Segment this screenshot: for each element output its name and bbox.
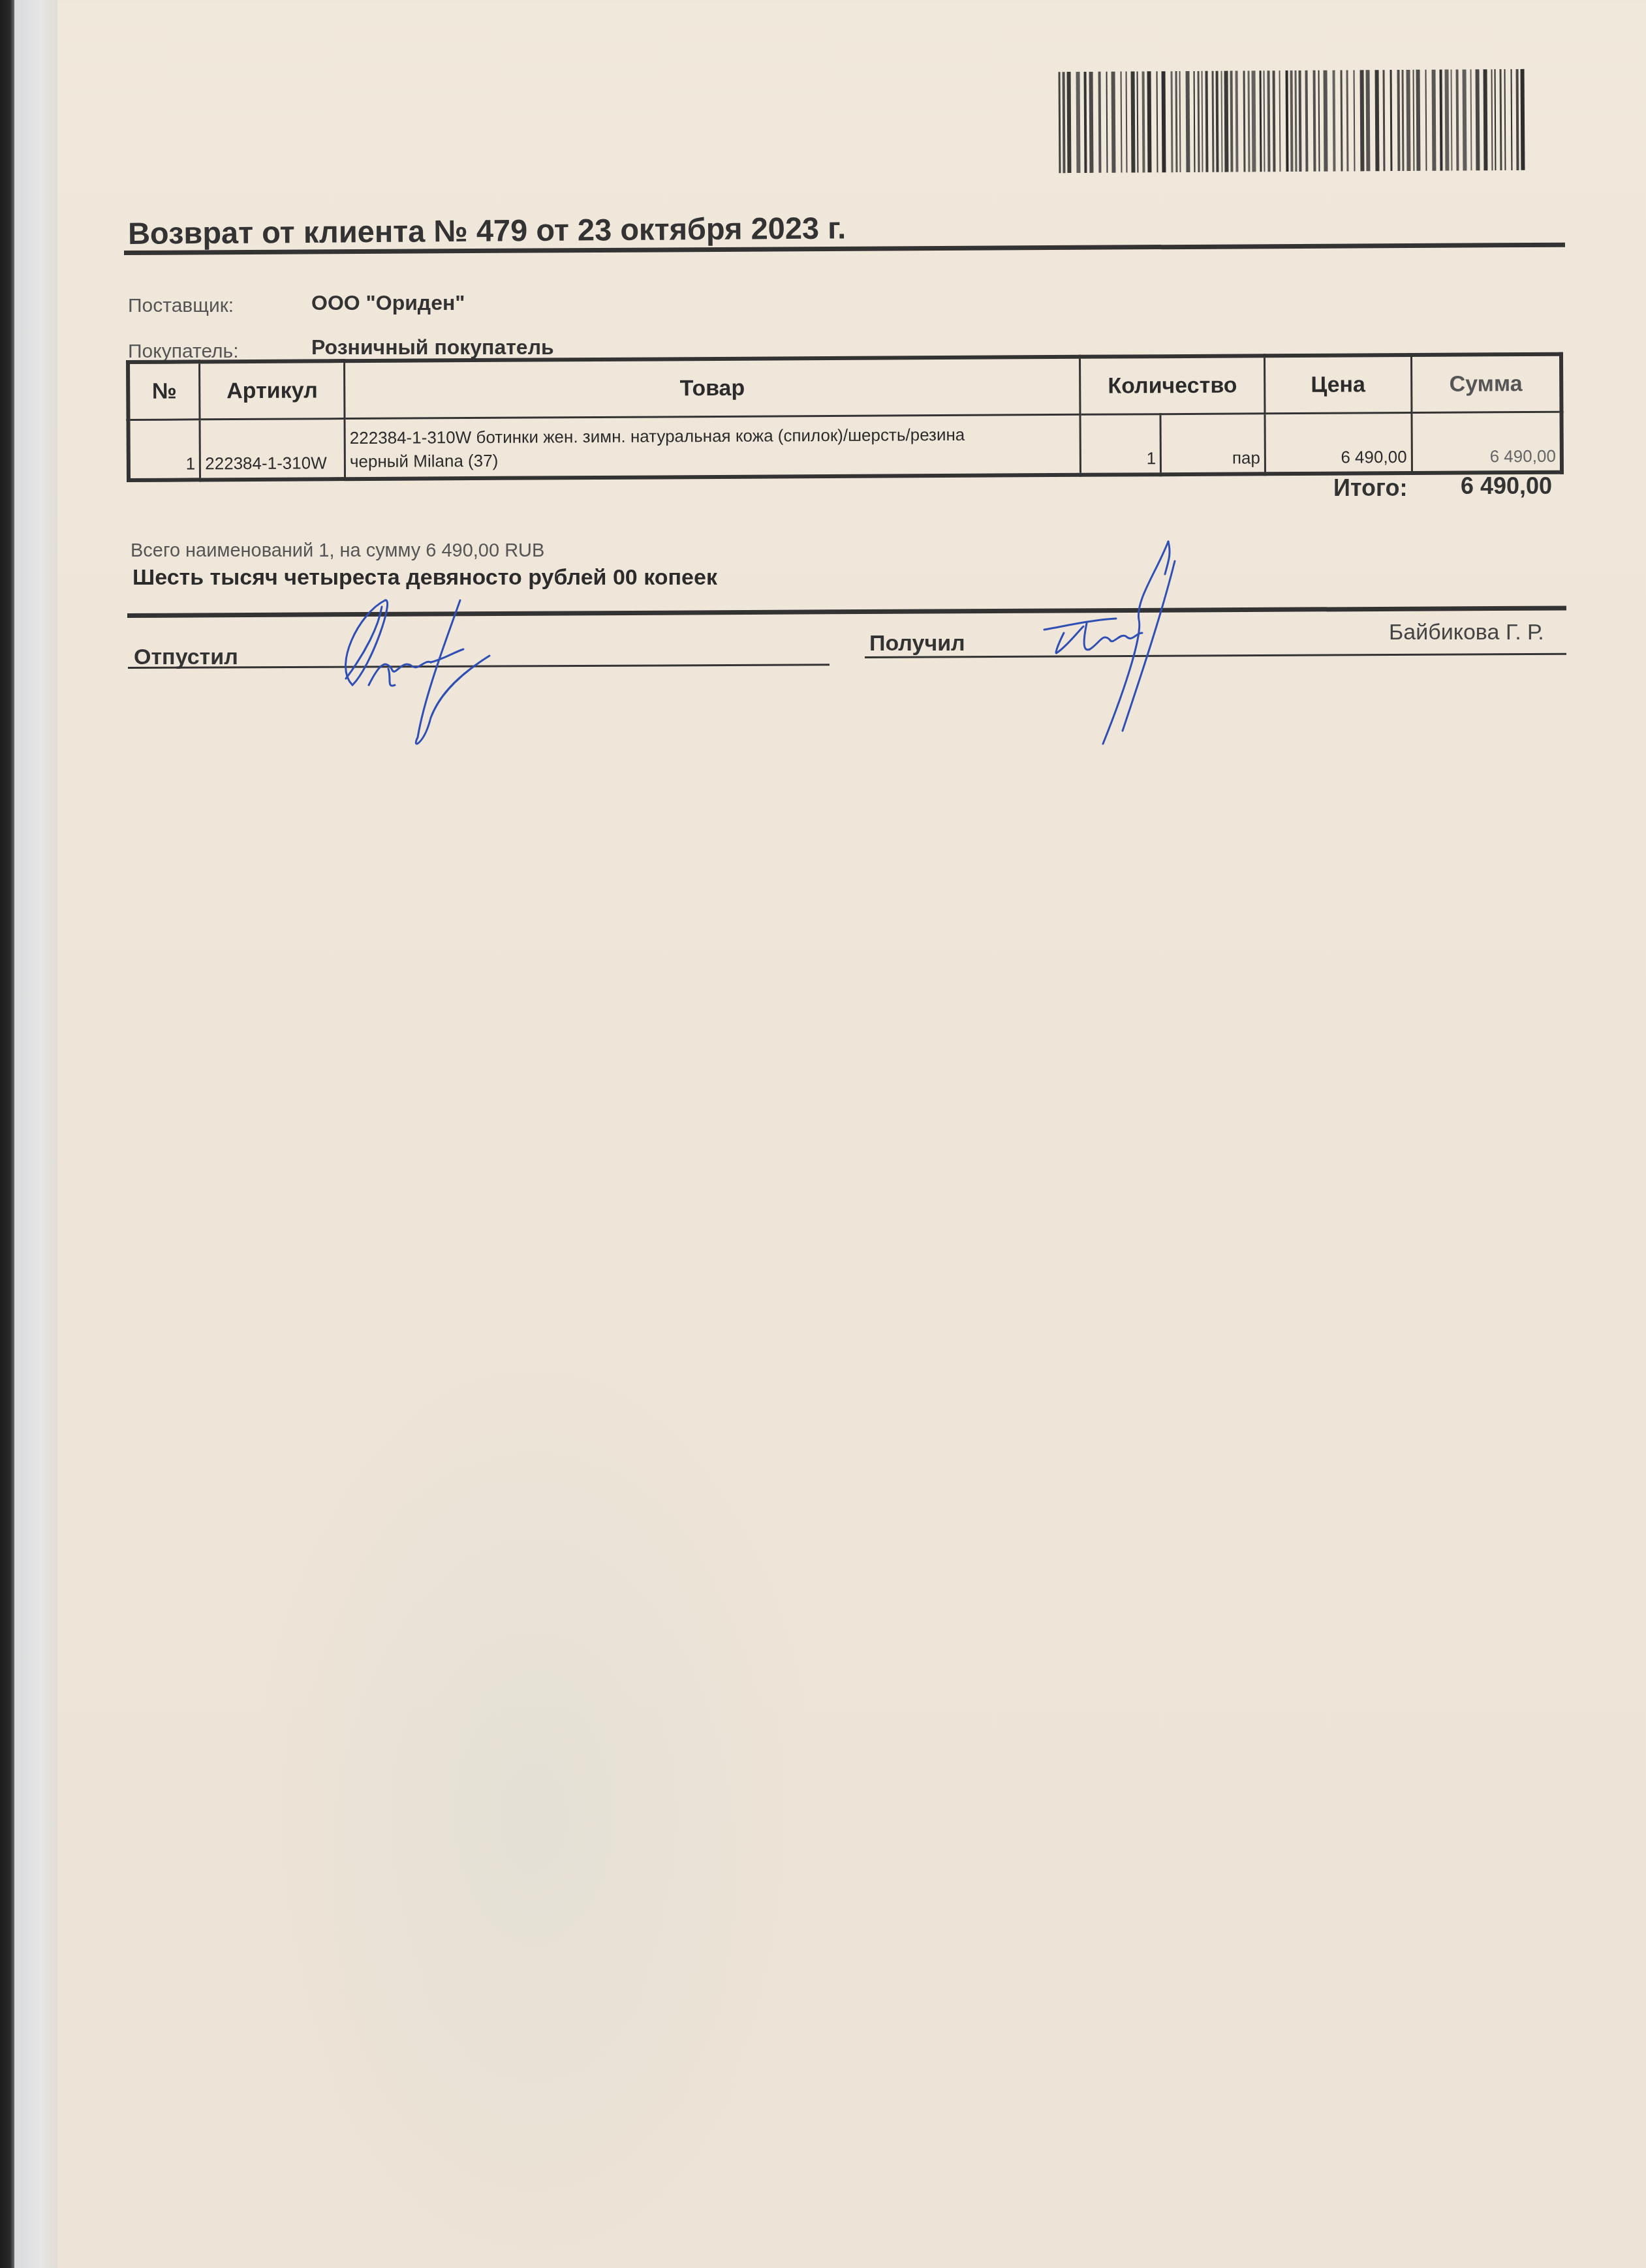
supplier-label: Поставщик: <box>128 295 234 317</box>
cell-article: 222384-1-310W <box>200 419 345 480</box>
cell-sum: 6 490,00 <box>1412 412 1562 473</box>
cell-product: 222384-1-310W ботинки жен. зимн. натурал… <box>345 414 1081 479</box>
col-header-sum: Сумма <box>1411 354 1561 413</box>
cell-quantity: 1 <box>1080 414 1160 475</box>
cell-num: 1 <box>129 420 200 480</box>
table-header-row: № Артикул Товар Количество Цена Сумма <box>128 354 1561 420</box>
received-signature <box>1038 535 1286 750</box>
paper-sheet <box>57 4 1646 2268</box>
goods-table: № Артикул Товар Количество Цена Сумма 1 … <box>126 352 1564 482</box>
col-header-num: № <box>128 361 200 420</box>
received-name: Байбикова Г. Р. <box>1389 620 1544 645</box>
summary-line: Всего наименований 1, на сумму 6 490,00 … <box>131 540 544 562</box>
product-line-1: 222384-1-310W ботинки жен. зимн. натурал… <box>350 422 1076 450</box>
released-signature <box>313 587 535 757</box>
product-line-2: черный Milana (37) <box>350 446 1076 473</box>
received-label: Получил <box>869 631 965 656</box>
document-title: Возврат от клиента № 479 от 23 октября 2… <box>128 209 846 251</box>
table-row: 1 222384-1-310W 222384-1-310W ботинки же… <box>129 412 1562 480</box>
col-header-price: Цена <box>1265 355 1412 414</box>
supplier-value: ООО "Ориден" <box>311 291 465 315</box>
scanner-edge-shadow <box>0 0 14 2268</box>
barcode-icon <box>1059 69 1529 173</box>
col-header-product: Товар <box>345 357 1081 419</box>
buyer-value: Розничный покупатель <box>311 335 554 360</box>
cell-price: 6 490,00 <box>1265 413 1412 474</box>
total-value: 6 490,00 <box>1461 472 1552 500</box>
total-label: Итого: <box>1333 474 1408 502</box>
cell-unit: пар <box>1160 414 1265 474</box>
col-header-quantity: Количество <box>1080 356 1265 414</box>
col-header-article: Артикул <box>200 361 345 420</box>
scanner-edge-margin <box>14 0 57 2268</box>
